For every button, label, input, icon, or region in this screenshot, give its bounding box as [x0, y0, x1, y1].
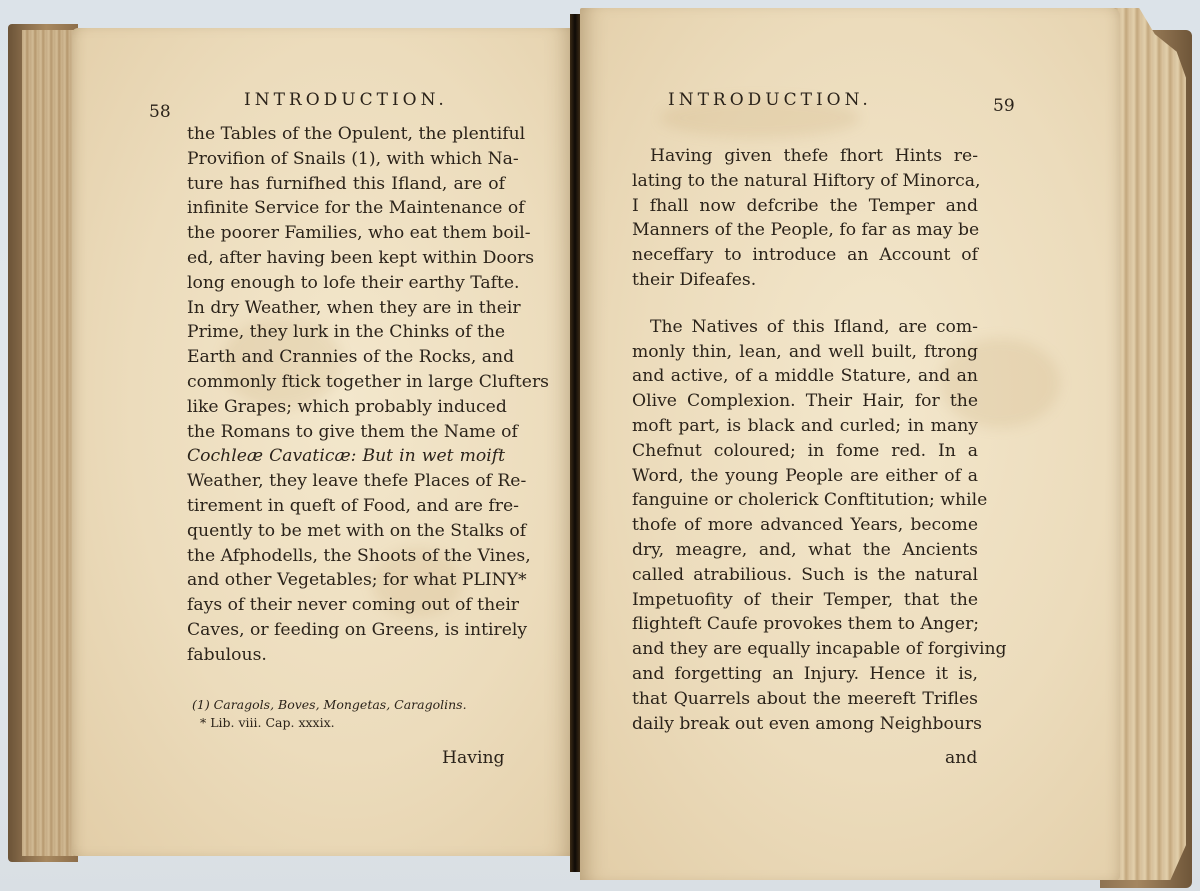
catchword-left: Having: [442, 748, 505, 768]
text-line: like Grapes; which probably induced: [187, 395, 505, 420]
text-line: In dry Weather, when they are in their: [187, 296, 505, 321]
text-line: fabulous.: [187, 643, 505, 668]
text-line: Prime, they lurk in the Chinks of the: [187, 320, 505, 345]
text-line: and active, of a middle Stature, and an: [632, 364, 978, 389]
text-line: neceffary to introduce an Account of: [632, 243, 978, 268]
text-line: Weather, they leave thefe Places of Re-: [187, 469, 505, 494]
text-line: the poorer Families, who eat them boil-: [187, 221, 505, 246]
text-line: the Tables of the Opulent, the plentiful: [187, 122, 505, 147]
text-line: commonly ftick together in large Clufter…: [187, 370, 505, 395]
text-line: Caves, or feeding on Greens, is intirely: [187, 618, 505, 643]
text-line: and other Vegetables; for what PLINY*: [187, 568, 505, 593]
text-line: ed, after having been kept within Doors: [187, 246, 505, 271]
text-line: Manners of the People, fo far as may be: [632, 218, 978, 243]
text-line: tirement in queft of Food, and are fre-: [187, 494, 505, 519]
page-number-left: 58: [149, 102, 171, 122]
text-line: Provifion of Snails (1), with which Na-: [187, 147, 505, 172]
text-line: fays of their never coming out of their: [187, 593, 505, 618]
text-line: and forgetting an Injury. Hence it is,: [632, 662, 978, 687]
book-gutter: [570, 14, 580, 872]
text-line: that Quarrels about the meereft Trifles: [632, 687, 978, 712]
text-line: called atrabilious. Such is the natural: [632, 563, 978, 588]
text-line: thofe of more advanced Years, become: [632, 513, 978, 538]
right-page: INTRODUCTION. 59 Having given thefe fhor…: [580, 8, 1120, 880]
text-line: ture has furnifhed this Ifland, are of: [187, 172, 505, 197]
left-page: 58 INTRODUCTION. the Tables of the Opule…: [72, 28, 572, 856]
text-line: the Romans to give them the Name of: [187, 420, 505, 445]
paragraph-1: Having given thefe fhort Hints re- latin…: [632, 144, 978, 293]
text-line: Chefnut coloured; in fome red. In a: [632, 439, 978, 464]
text-line: the Afphodells, the Shoots of the Vines,: [187, 544, 505, 569]
text-line: Earth and Crannies of the Rocks, and: [187, 345, 505, 370]
paragraph-2: The Natives of this Ifland, are com- mon…: [632, 315, 978, 737]
text-line: fanguine or cholerick Conftitution; whil…: [632, 488, 978, 513]
text-line: dry, meagre, and, what the Ancients: [632, 538, 978, 563]
text-line: and they are equally incapable of forgiv…: [632, 637, 978, 662]
text-line: Having given thefe fhort Hints re-: [632, 144, 978, 169]
text-line: long enough to lofe their earthy Tafte.: [187, 271, 505, 296]
text-line: Impetuofity of their Temper, that the: [632, 588, 978, 613]
text-line: Cochleæ Cavaticæ: But in wet moift: [187, 444, 505, 469]
text-line: quently to be met with on the Stalks of: [187, 519, 505, 544]
text-line: lating to the natural Hiftory of Minorca…: [632, 169, 978, 194]
text-line: monly thin, lean, and well built, ftrong: [632, 340, 978, 365]
text-line: their Difeafes.: [632, 268, 978, 293]
left-page-body: the Tables of the Opulent, the plentiful…: [187, 122, 505, 668]
page-number-right: 59: [993, 96, 1015, 116]
text-line: The Natives of this Ifland, are com-: [632, 315, 978, 340]
catchword-right: and: [945, 748, 977, 768]
footnote-1: (1) Caragols, Boves, Mongetas, Caragolin…: [192, 696, 467, 714]
text-line: daily break out even among Neighbours: [632, 712, 978, 737]
text-line: flighteft Caufe provokes them to Anger;: [632, 612, 978, 637]
text-line: Word, the young People are either of a: [632, 464, 978, 489]
text-line: I fhall now defcribe the Temper and: [632, 194, 978, 219]
footnotes: (1) Caragols, Boves, Mongetas, Caragolin…: [192, 696, 467, 732]
text-line: Olive Complexion. Their Hair, for the: [632, 389, 978, 414]
text-line: infinite Service for the Maintenance of: [187, 196, 505, 221]
running-head-left: INTRODUCTION.: [244, 90, 448, 110]
running-head-right: INTRODUCTION.: [668, 90, 872, 110]
right-page-body: Having given thefe fhort Hints re- latin…: [632, 144, 978, 736]
footnote-2: * Lib. viii. Cap. xxxix.: [192, 714, 467, 732]
text-line: moft part, is black and curled; in many: [632, 414, 978, 439]
